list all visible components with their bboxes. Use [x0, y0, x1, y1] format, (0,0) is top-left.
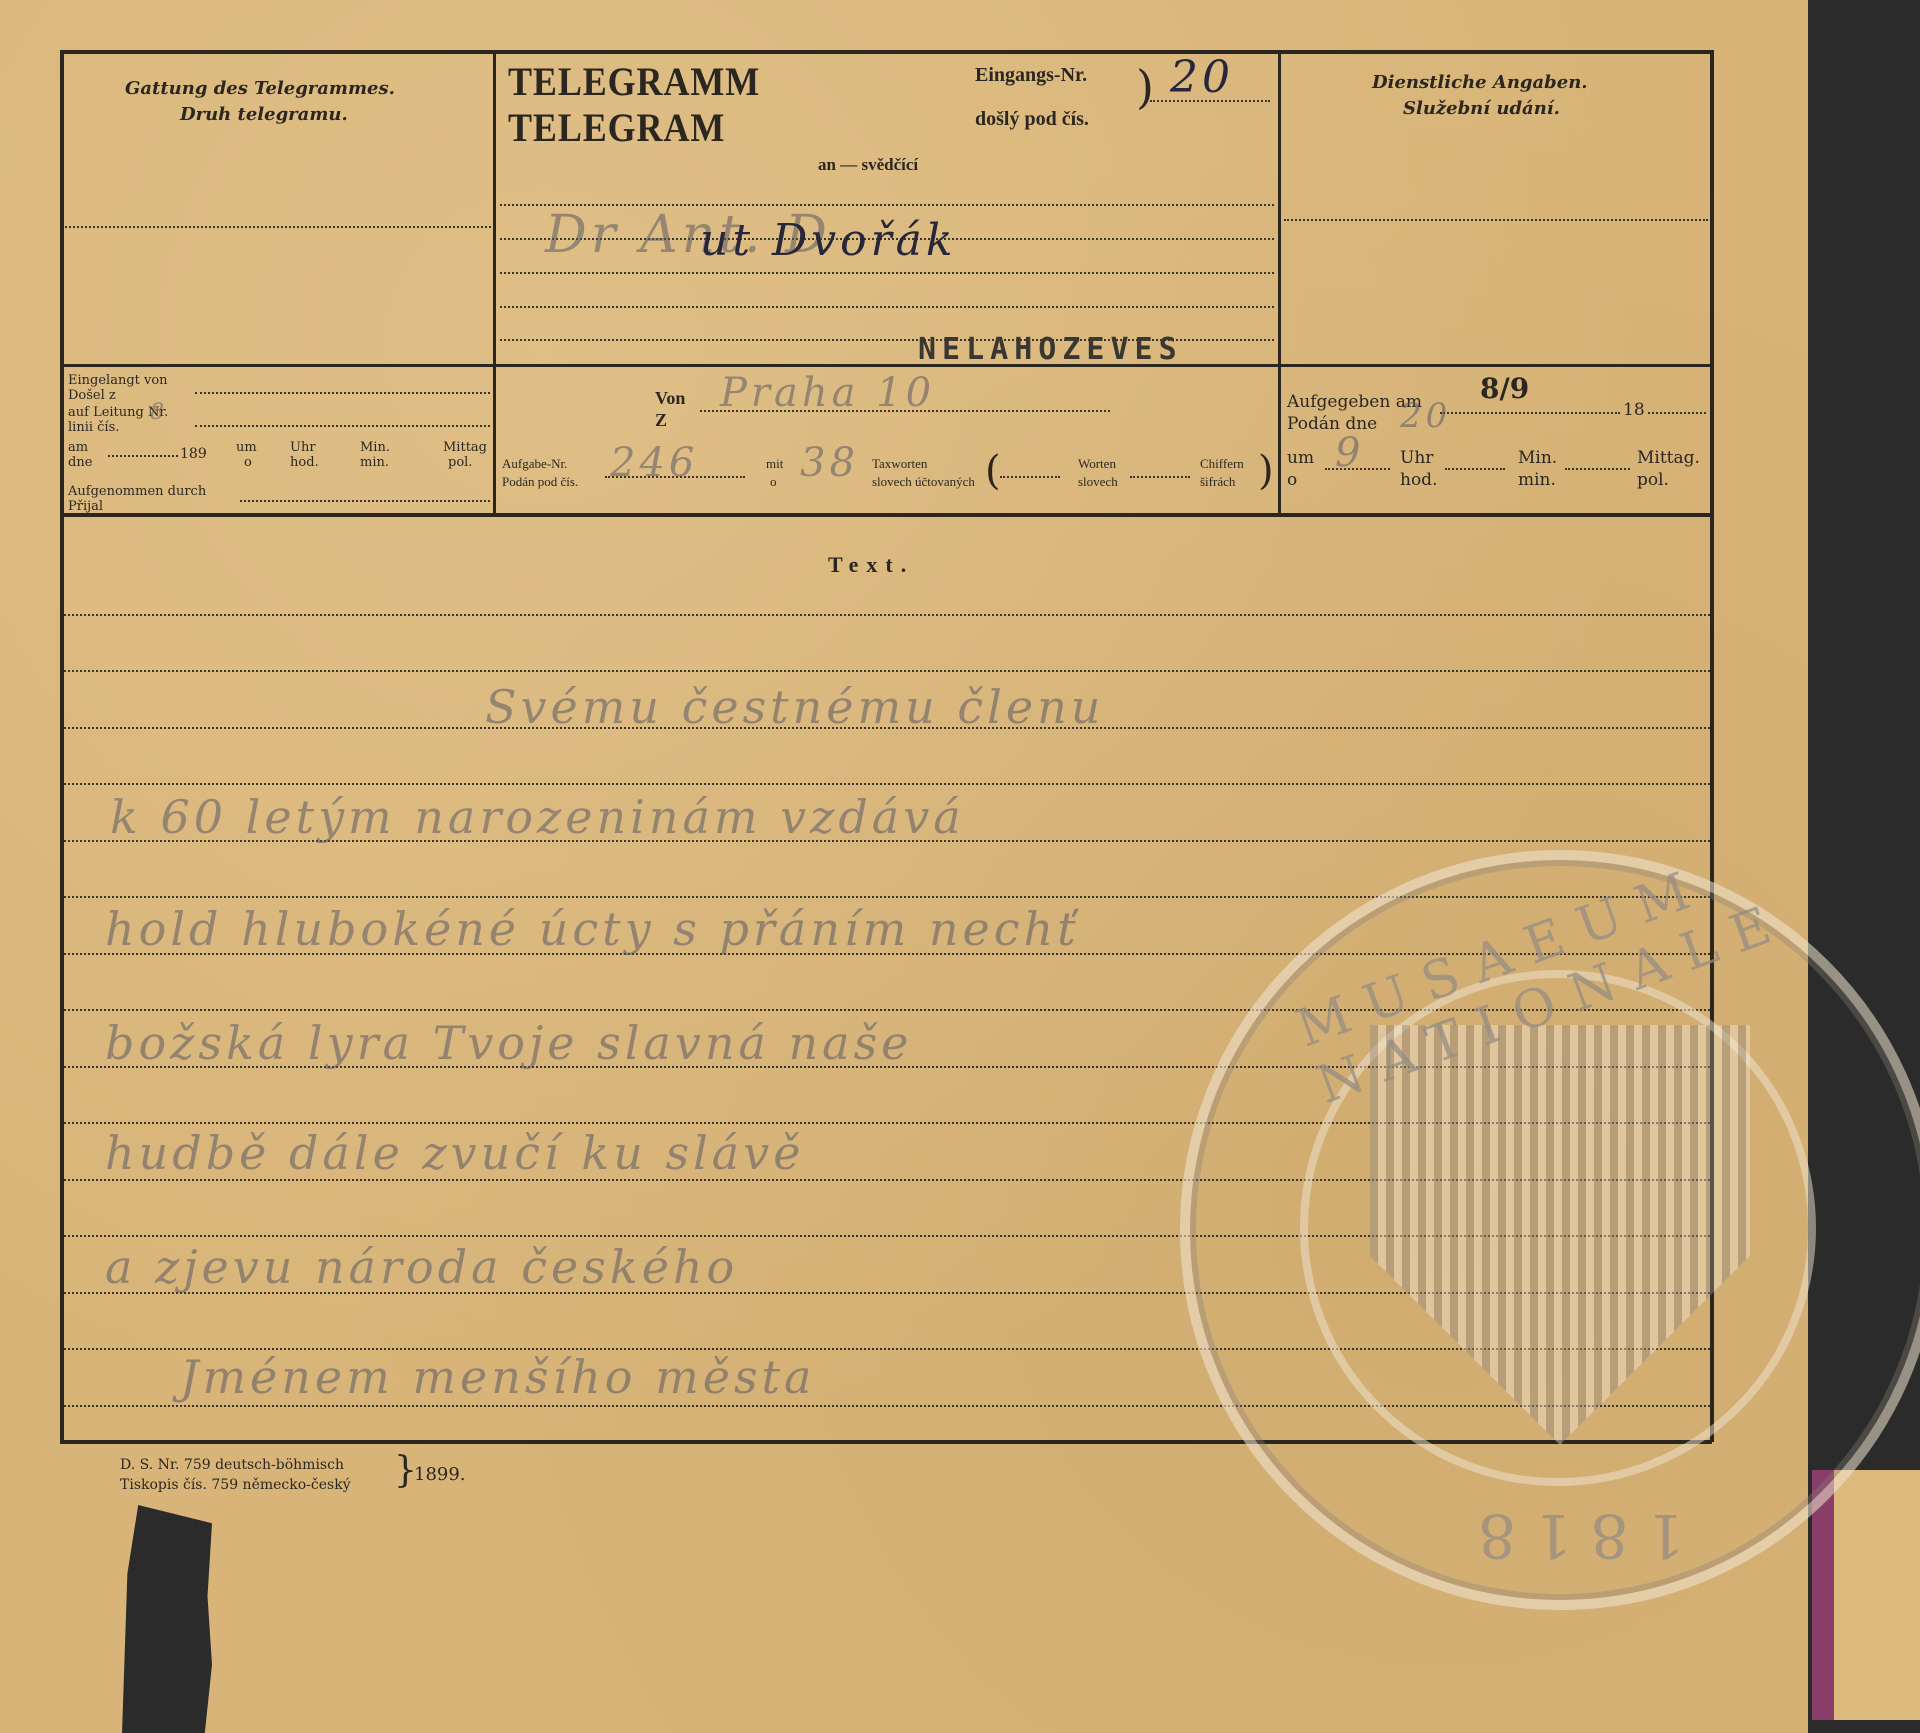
- message-line: k 60 letým narozeninám vzdává: [110, 790, 965, 844]
- uhr-label-right: Uhr: [1400, 448, 1433, 468]
- message-line: Svému čestnému členu: [485, 680, 1104, 734]
- text-rule: [64, 783, 1710, 785]
- mit-value: 38: [800, 440, 859, 486]
- torn-flap-right: [1812, 1470, 1920, 1720]
- frame-left: [60, 50, 64, 1442]
- uhr-label: Uhr: [290, 440, 316, 455]
- min-de-label: Min.: [360, 440, 390, 455]
- row-divider-2: [60, 513, 1712, 517]
- chiffern-de: Chiffern: [1200, 456, 1244, 472]
- paren-close: ): [1258, 448, 1274, 494]
- gattung-field-line[interactable]: [65, 226, 491, 228]
- frame-top: [60, 50, 1712, 54]
- footer-line-2: Tiskopis čís. 759 německo-český: [120, 1477, 351, 1493]
- message-line: hold hlubokéné úcty s přáním nechť: [105, 902, 1080, 956]
- min-cs-label: min.: [360, 455, 389, 470]
- row-divider-1: [60, 364, 1712, 367]
- o-label-right: o: [1287, 470, 1297, 490]
- aufgenommen-field[interactable]: [240, 500, 490, 502]
- date-value: 8/9: [1480, 372, 1529, 405]
- aufgabe-cs: Podán pod čís.: [502, 474, 578, 490]
- destination-stamp: NELAHOZEVES: [918, 332, 1183, 367]
- dienstliche-field-line[interactable]: [1284, 219, 1708, 221]
- pol-right: pol.: [1637, 470, 1669, 490]
- title-de: TELEGRAMM: [508, 58, 760, 105]
- message-line: hudbě dále zvučí ku slávě: [105, 1126, 804, 1180]
- minute-value: 20: [1400, 396, 1451, 436]
- text-rule: [64, 1009, 1710, 1011]
- z-label: Z: [655, 410, 667, 431]
- mittag-right: Mittag.: [1637, 448, 1700, 468]
- divider-left: [493, 50, 496, 515]
- gattung-label-cs: Druh telegramu.: [180, 104, 348, 125]
- year-prefix: 18: [1623, 400, 1645, 420]
- aufgegeben-field[interactable]: [1440, 412, 1620, 414]
- o-label: o: [244, 455, 252, 470]
- eingang-bracket: ): [1136, 60, 1154, 114]
- worten-de: Worten: [1078, 456, 1116, 472]
- text-rule: [64, 670, 1710, 672]
- message-line: božská lyra Tvoje slavná naše: [105, 1016, 912, 1070]
- eingang-label-de: Eingangs-Nr.: [975, 64, 1087, 87]
- message-line: Jménem menšího města: [180, 1350, 815, 1404]
- min-de-right: Min.: [1518, 448, 1557, 468]
- address-line-3: [500, 272, 1274, 274]
- year-field[interactable]: [1648, 412, 1706, 414]
- paren-open: (: [985, 448, 1001, 494]
- dienstliche-label-cs: Služební udání.: [1403, 98, 1560, 119]
- gattung-label-de: Gattung des Telegrammes.: [125, 78, 395, 99]
- taxworten-de: Taxworten: [872, 456, 927, 472]
- dienstliche-label-de: Dienstliche Angaben.: [1372, 72, 1588, 93]
- eingelangt-field[interactable]: [195, 392, 490, 394]
- dne-label: dne: [68, 455, 92, 470]
- mit-o-label: o: [770, 474, 777, 490]
- von-label: Von: [655, 388, 685, 409]
- text-rule: [64, 1235, 1710, 1237]
- um-label-right: um: [1287, 448, 1314, 468]
- mit-label: mit: [766, 456, 783, 472]
- recipient-handwritten-ink: ut Dvořák: [700, 215, 957, 266]
- chiffern-field[interactable]: [1130, 476, 1190, 478]
- frame-bottom: [60, 1440, 1712, 1444]
- aufgenommen-cs: Přijal: [68, 499, 103, 514]
- title-cs: TELEGRAM: [508, 104, 725, 151]
- text-heading: Text.: [828, 552, 914, 578]
- text-rule: [64, 1122, 1710, 1124]
- hour-value: 9: [1335, 430, 1364, 476]
- eingang-value[interactable]: 20: [1170, 52, 1234, 103]
- hod-label-right: hod.: [1400, 470, 1437, 490]
- mittag-field[interactable]: [1565, 468, 1630, 470]
- eingang-field-line: [1150, 100, 1270, 102]
- hod-label: hod.: [290, 455, 319, 470]
- worten-field[interactable]: [1000, 476, 1060, 478]
- eingelangt-de: Eingelangt von: [68, 373, 168, 388]
- aufgabe-value: 246: [610, 440, 698, 486]
- taxworten-cs: slovech účtovaných: [872, 474, 975, 490]
- aufgabe-de: Aufgabe-Nr.: [502, 456, 567, 472]
- aufgenommen-de: Aufgenommen durch: [68, 484, 206, 499]
- von-value: Praha 10: [720, 370, 935, 416]
- date-field[interactable]: [108, 455, 178, 457]
- leitung-value: 8: [150, 400, 168, 425]
- torn-edge-left: [122, 1505, 212, 1733]
- um-label: um: [236, 440, 257, 455]
- footer-line-1: D. S. Nr. 759 deutsch-böhmisch: [120, 1457, 344, 1473]
- eingelangt-cs: Došel z: [68, 388, 116, 403]
- chiffern-cs: šifrách: [1200, 474, 1235, 490]
- mittag-label: Mittag: [443, 440, 487, 455]
- address-line-4: [500, 306, 1274, 308]
- text-rule: [64, 614, 1710, 616]
- message-line: a zjevu národa českého: [105, 1240, 738, 1294]
- an-label: an — svědčící: [818, 155, 918, 175]
- leitung-field[interactable]: [195, 425, 490, 427]
- footer-year: 1899.: [414, 1464, 466, 1485]
- worten-cs: slovech: [1078, 474, 1118, 490]
- year-label: 189: [180, 446, 207, 462]
- pol-label: pol.: [448, 455, 472, 470]
- divider-right: [1278, 50, 1281, 515]
- am-label: am: [68, 440, 88, 455]
- min-field[interactable]: [1445, 468, 1505, 470]
- text-rule: [64, 896, 1710, 898]
- leitung-cs: linii čís.: [68, 420, 119, 435]
- min-cs-right: min.: [1518, 470, 1556, 490]
- text-rule: [64, 1405, 1710, 1407]
- frame-right: [1710, 50, 1714, 1442]
- eingang-label-cs: došlý pod čís.: [975, 108, 1089, 131]
